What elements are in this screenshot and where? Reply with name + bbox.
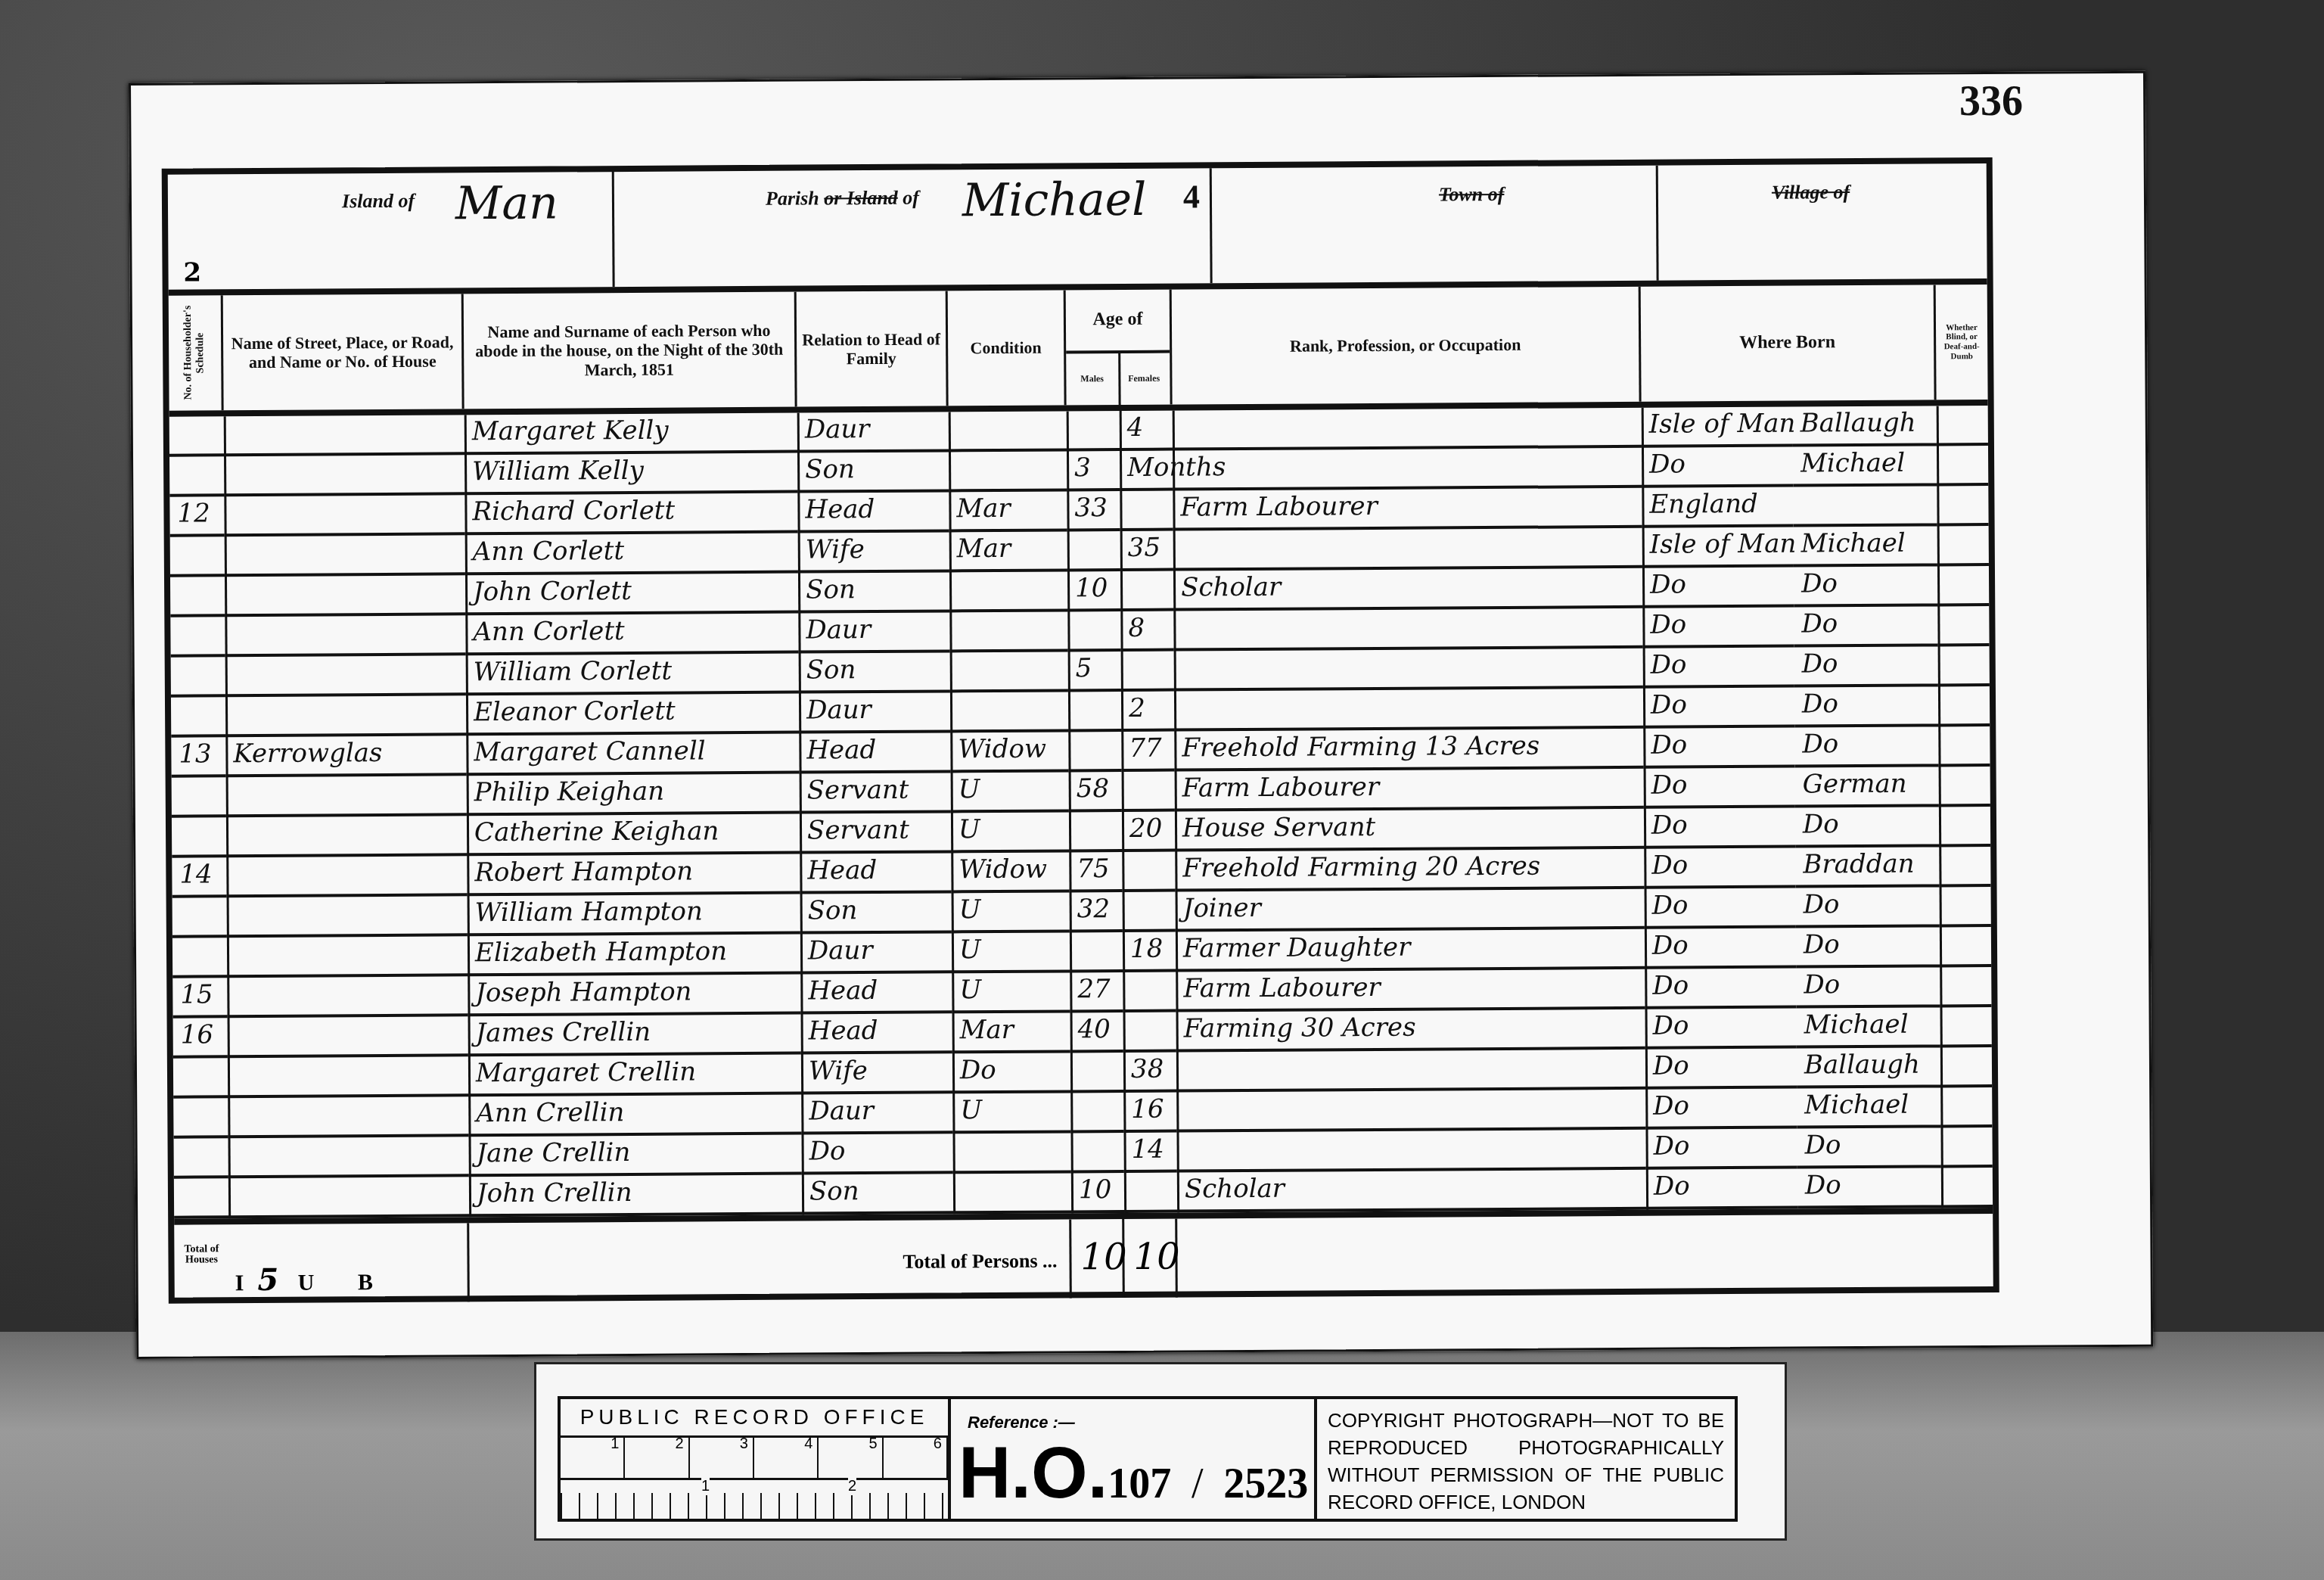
relation: Servant (800, 813, 951, 854)
col-where-born: Where Born (1641, 285, 1937, 401)
condition: Widow (951, 852, 1069, 893)
condition (950, 652, 1068, 692)
occupation (1176, 1090, 1645, 1133)
age-male (1070, 1053, 1123, 1093)
born-parish: Do (1794, 606, 1937, 647)
schedule-number (172, 817, 226, 857)
relation: Daur (801, 1093, 952, 1134)
person-name: John Crellin (469, 1175, 802, 1218)
ruler-mark: 1 (701, 1478, 710, 1495)
houses-counts: I5 U B (235, 1261, 411, 1298)
occupation: Freehold Farming 20 Acres (1175, 849, 1644, 892)
person-name: Elizabeth Hampton (468, 935, 800, 977)
occupation (1173, 408, 1642, 451)
street-name (228, 1096, 468, 1138)
occupation: Farm Labourer (1173, 488, 1642, 531)
born-place: Do (1645, 1049, 1797, 1090)
age-female (1120, 571, 1173, 611)
age-male: 10 (1071, 1173, 1124, 1213)
blind-deaf (1937, 526, 1989, 566)
col-blind-deaf: Whether Blind, or Deaf-and-Dumb (1936, 285, 1988, 400)
person-name: Jane Crellin (469, 1135, 802, 1177)
houses-total: Total of Houses I5 U B (174, 1223, 470, 1303)
parish-label-suffix: of (903, 187, 919, 209)
age-male: 58 (1069, 772, 1122, 812)
parish-label-struck: or Island (824, 187, 898, 210)
person-name: James Crellin (468, 1015, 801, 1057)
schedule-number (169, 456, 224, 496)
age-male (1068, 692, 1121, 732)
age-male (1067, 531, 1120, 571)
age-male: 3 (1067, 451, 1120, 491)
occupation: Joiner (1176, 889, 1645, 932)
schedule-number (172, 777, 226, 817)
street-name (228, 1056, 468, 1098)
island-cell: Island of Man 2 (168, 172, 615, 290)
street-name (225, 695, 466, 737)
condition: Widow (950, 732, 1068, 773)
age-male: 40 (1070, 1012, 1123, 1053)
person-name: Ann Corlett (465, 533, 798, 576)
occupation (1173, 448, 1642, 491)
parish-label-prefix: Parish (766, 187, 819, 209)
ruler-ticks: 1 2 (561, 1478, 948, 1519)
public-record-office-label: PUBLIC RECORD OFFICE 1 2 3 4 5 6 1 2 Ref… (534, 1362, 1787, 1541)
born-parish (1793, 486, 1937, 527)
relation: Servant (800, 773, 951, 813)
street-name (226, 816, 467, 857)
age-female (1123, 892, 1176, 932)
relation: Son (797, 452, 949, 493)
born-place: Do (1644, 808, 1795, 849)
born-place: Do (1645, 888, 1796, 929)
town-label: Town of (1439, 183, 1505, 207)
age-female: 8 (1120, 611, 1173, 652)
village-label: Village of (1772, 181, 1850, 204)
col-name: Name and Surname of each Person who abod… (464, 292, 797, 409)
relation: Head (800, 973, 952, 1014)
occupation: House Servant (1175, 809, 1644, 852)
col-condition: Condition (948, 290, 1067, 406)
born-place: Isle of Man (1642, 527, 1794, 568)
street-name (228, 1137, 469, 1178)
age-male: 10 (1067, 571, 1120, 611)
blind-deaf (1939, 807, 1990, 847)
born-parish: German (1795, 767, 1939, 807)
pro-office-title: PUBLIC RECORD OFFICE (561, 1399, 948, 1438)
street-name (225, 615, 465, 657)
condition: U (952, 892, 1070, 933)
col-schedule-label: No. of Householder's Schedule (182, 298, 207, 407)
schedule-number (174, 1138, 228, 1178)
relation: Head (797, 492, 949, 533)
born-place: Do (1645, 1089, 1797, 1130)
location-header: Island of Man 2 Parish or Island of Mich… (168, 163, 1987, 296)
reference-separator: / (1192, 1460, 1204, 1507)
ruler-mark: 6 (884, 1435, 948, 1478)
age-female: 14 (1123, 1133, 1176, 1173)
relation: Head (801, 1013, 952, 1054)
parish-cell: Parish or Island of Michael (614, 168, 1213, 287)
relation: Head (800, 853, 951, 894)
relation: Son (798, 572, 949, 613)
schedule-number: 14 (172, 857, 226, 897)
born-place: Do (1642, 447, 1793, 488)
street-name (227, 976, 468, 1018)
parish-label: Parish or Island of (766, 187, 919, 210)
occupation (1173, 528, 1642, 571)
age-female: Months (1120, 451, 1173, 491)
col-age-label: Age of (1066, 290, 1170, 354)
street-name (226, 776, 467, 817)
street-name (227, 936, 468, 978)
born-parish: Do (1795, 807, 1939, 848)
street-name (225, 575, 465, 617)
col-age-females: Females (1118, 353, 1170, 405)
born-parish: Michael (1794, 526, 1937, 567)
age-male: 75 (1069, 852, 1122, 892)
person-name: Robert Hampton (467, 854, 800, 897)
column-headers: No. of Householder's Schedule Name of St… (169, 285, 1988, 417)
occupation (1174, 648, 1643, 692)
condition: U (951, 812, 1069, 853)
col-street: Name of Street, Place, or Road, and Name… (223, 294, 464, 410)
age-male: 5 (1068, 652, 1121, 692)
born-parish: Michael (1797, 1087, 1940, 1128)
condition: U (952, 932, 1070, 973)
relation: Son (802, 1174, 953, 1215)
uninhabited-value (314, 1261, 352, 1299)
col-schedule: No. of Householder's Schedule (169, 295, 224, 410)
person-name: John Corlett (465, 574, 798, 616)
street-name (227, 896, 468, 938)
condition (949, 611, 1067, 652)
street-name: Kerrowglas (225, 736, 466, 777)
age-female: 38 (1123, 1053, 1176, 1093)
uninhabited-letter: U (298, 1271, 315, 1295)
blind-deaf (1940, 1087, 1992, 1127)
born-place: Do (1643, 648, 1794, 689)
town-cell: Town of (1212, 166, 1659, 284)
blind-deaf (1939, 767, 1990, 807)
born-place: Do (1645, 1129, 1797, 1170)
born-place: Do (1645, 1009, 1797, 1050)
blind-deaf (1937, 606, 1989, 646)
females-total: 10 (1133, 1236, 1179, 1278)
blind-deaf (1937, 486, 1988, 526)
born-place: Do (1644, 768, 1795, 809)
condition: Mar (949, 531, 1067, 572)
born-parish: Do (1794, 646, 1938, 687)
born-place: Do (1643, 728, 1794, 769)
age-male (1067, 611, 1120, 652)
persons-total-label: Total of Persons ... (903, 1250, 1057, 1274)
person-name: Joseph Hampton (468, 975, 800, 1017)
person-name: Catherine Keighan (467, 814, 800, 857)
condition: Mar (952, 1012, 1070, 1053)
occupation (1176, 1050, 1645, 1093)
age-male (1070, 932, 1123, 972)
relation: Wife (798, 532, 949, 573)
pro-label-box: PUBLIC RECORD OFFICE 1 2 3 4 5 6 1 2 Ref… (558, 1396, 1738, 1522)
born-place: Do (1646, 1169, 1797, 1210)
island-label: Island of (342, 190, 415, 213)
parish-value: Michael (962, 173, 1147, 227)
relation: Son (800, 893, 952, 934)
relation: Daur (798, 612, 949, 653)
island-value: Man (455, 177, 558, 231)
occupation (1174, 689, 1643, 732)
males-total: 10 (1080, 1236, 1126, 1278)
born-parish: Braddan (1795, 847, 1939, 888)
building-letter: B (358, 1270, 373, 1295)
born-place: Do (1645, 969, 1796, 1009)
reference-code: H.O.107 / 2523 (958, 1437, 1308, 1510)
blind-deaf (1940, 1007, 1992, 1047)
copyright-notice: COPYRIGHT PHOTOGRAPH—NOT TO BE REPRODUCE… (1317, 1399, 1735, 1519)
occupation: Farming 30 Acres (1176, 1009, 1645, 1053)
person-name: Margaret Cannell (466, 734, 799, 776)
occupation: Farmer Daughter (1176, 929, 1645, 972)
occupation: Scholar (1173, 568, 1642, 611)
ruler-mark: 5 (819, 1435, 883, 1478)
born-parish: Do (1797, 1127, 1940, 1168)
building-value (373, 1261, 411, 1299)
born-place: Isle of Man (1642, 407, 1793, 448)
page-number: 336 (1959, 77, 2023, 126)
blind-deaf (1938, 726, 1990, 767)
schedule-number (170, 537, 225, 577)
street-name (224, 495, 464, 537)
relation: Head (799, 732, 950, 773)
street-name (225, 535, 465, 577)
street-name (228, 1177, 469, 1218)
street-name (228, 1016, 468, 1058)
schedule-number: 13 (171, 737, 225, 777)
census-page: 4 Island of Man 2 Parish or Island of Mi… (129, 71, 2153, 1359)
born-parish: Do (1796, 887, 1940, 928)
born-parish: Ballaugh (1793, 406, 1937, 446)
schedule-marker: 2 (183, 257, 201, 288)
blind-deaf (1939, 847, 1990, 887)
person-name: Eleanor Corlett (466, 694, 799, 736)
age-female (1123, 1012, 1176, 1053)
totals-row: Total of Houses I5 U B Total of Persons … (174, 1208, 1993, 1304)
age-male (1070, 1133, 1123, 1173)
condition: Mar (949, 491, 1067, 532)
schedule-number: 12 (169, 496, 224, 537)
age-male (1068, 732, 1121, 772)
persons-total-label-cell: Total of Persons ... (469, 1219, 1072, 1302)
age-female (1120, 491, 1173, 531)
age-female (1124, 1173, 1177, 1213)
ruler-mark: 2 (625, 1435, 689, 1478)
relation: Do (802, 1134, 953, 1174)
schedule-number (170, 577, 225, 617)
blind-deaf (1937, 446, 1988, 486)
condition (950, 692, 1068, 732)
age-female (1122, 852, 1175, 892)
born-place: England (1642, 487, 1793, 528)
relation: Daur (800, 933, 952, 974)
schedule-number (170, 617, 225, 657)
street-name (226, 856, 467, 897)
born-parish: Do (1796, 927, 1940, 968)
condition: U (952, 1093, 1070, 1134)
occupation: Farm Labourer (1175, 769, 1644, 812)
age-female: 35 (1120, 531, 1173, 571)
born-parish: Do (1794, 686, 1938, 727)
occupation: Farm Labourer (1176, 969, 1645, 1012)
pro-ruler-section: PUBLIC RECORD OFFICE 1 2 3 4 5 6 1 2 (561, 1399, 951, 1519)
age-female: 2 (1121, 692, 1174, 732)
age-female: 16 (1123, 1093, 1176, 1133)
pro-reference-section: Reference :— H.O.107 / 2523 (951, 1399, 1317, 1519)
reference-prefix: H.O. (958, 1432, 1108, 1513)
reference-piece: 107 (1108, 1460, 1171, 1507)
born-parish: Ballaugh (1797, 1047, 1940, 1088)
occupation: Freehold Farming 13 Acres (1174, 729, 1643, 772)
age-male (1069, 812, 1122, 852)
person-name: Ann Crellin (468, 1095, 801, 1137)
males-total-cell: 10 (1071, 1219, 1125, 1298)
condition (949, 451, 1067, 492)
person-name: William Kelly (464, 453, 797, 496)
born-parish: Do (1797, 1168, 1941, 1208)
blind-deaf (1937, 406, 1988, 446)
relation: Wife (801, 1053, 952, 1094)
person-name: William Corlett (466, 654, 799, 696)
age-female (1123, 972, 1176, 1012)
col-relation: Relation to Head of Family (797, 291, 949, 406)
age-female: 4 (1120, 411, 1173, 451)
schedule-number (172, 938, 227, 978)
born-place: Do (1642, 608, 1794, 648)
relation: Son (799, 652, 950, 693)
person-name: William Hampton (468, 894, 800, 937)
occupation: Scholar (1177, 1170, 1646, 1213)
blind-deaf (1940, 967, 1991, 1007)
ruler-mark: 1 (561, 1435, 625, 1478)
schedule-number (173, 1058, 228, 1098)
relation: Daur (799, 692, 950, 733)
blind-deaf (1938, 646, 1990, 686)
age-female: 18 (1123, 932, 1176, 972)
age-male: 33 (1067, 491, 1120, 531)
born-parish: Michael (1793, 446, 1937, 487)
condition: U (952, 972, 1070, 1013)
condition: Do (952, 1053, 1070, 1093)
age-female: 77 (1121, 732, 1174, 772)
born-parish: Do (1794, 726, 1938, 767)
condition (953, 1133, 1071, 1174)
ruler-mark: 4 (754, 1435, 819, 1478)
col-age-males: Males (1066, 353, 1120, 405)
relation: Daur (797, 412, 949, 453)
col-occupation: Rank, Profession, or Occupation (1172, 287, 1642, 405)
village-cell: Village of (1658, 163, 1987, 281)
females-total-cell: 10 (1124, 1219, 1178, 1298)
person-name: Richard Corlett (464, 493, 797, 536)
age-male: 32 (1070, 892, 1123, 932)
condition: U (951, 772, 1069, 813)
schedule-number (171, 657, 225, 697)
blind-deaf (1940, 887, 1991, 927)
person-name: Margaret Kelly (464, 413, 797, 456)
age-male (1070, 1093, 1123, 1133)
blind-deaf (1937, 566, 1989, 606)
condition (949, 411, 1067, 452)
occupation (1173, 608, 1642, 652)
condition (949, 571, 1067, 612)
born-place: Do (1644, 848, 1795, 889)
census-form: Island of Man 2 Parish or Island of Mich… (162, 157, 1999, 1304)
schedule-number (174, 1178, 228, 1218)
houses-total-label: Total of Houses (179, 1244, 224, 1265)
born-place: Do (1645, 928, 1796, 969)
street-name (224, 455, 464, 496)
age-female: 20 (1122, 812, 1175, 852)
person-name: Philip Keighan (467, 774, 800, 816)
ruler-mark: 2 (848, 1478, 856, 1495)
blind-deaf (1941, 1168, 1993, 1208)
schedule-number (171, 697, 225, 737)
born-parish: Michael (1797, 1007, 1940, 1048)
age-male: 27 (1070, 972, 1123, 1012)
reference-label: Reference :— (968, 1413, 1075, 1432)
col-age: Age of Males Females (1066, 290, 1173, 406)
born-parish: Do (1796, 967, 1940, 1008)
born-place: Do (1642, 568, 1794, 608)
age-male (1067, 411, 1120, 451)
street-name (224, 415, 464, 456)
condition (953, 1173, 1071, 1214)
inhabited-value: 5 (244, 1262, 292, 1300)
blind-deaf (1938, 686, 1990, 726)
age-female (1122, 772, 1175, 812)
blind-deaf (1940, 1047, 1992, 1087)
occupation (1176, 1130, 1645, 1173)
schedule-number: 15 (172, 978, 227, 1018)
ruler-mark: 3 (690, 1435, 754, 1478)
schedule-number (169, 416, 224, 456)
schedule-number: 16 (173, 1018, 228, 1058)
born-parish: Do (1794, 566, 1937, 607)
schedule-number (172, 897, 227, 938)
blind-deaf (1940, 1127, 1992, 1168)
reference-folio: 2523 (1223, 1460, 1308, 1507)
street-name (225, 655, 466, 697)
blind-deaf (1940, 927, 1991, 967)
person-name: Margaret Crellin (468, 1055, 801, 1097)
schedule-number (173, 1098, 228, 1138)
inhabited-letter: I (235, 1271, 244, 1295)
age-female (1121, 652, 1174, 692)
born-place: Do (1643, 688, 1794, 729)
ruler-inches: 1 2 3 4 5 6 (561, 1435, 948, 1480)
person-name: Ann Corlett (465, 614, 798, 656)
